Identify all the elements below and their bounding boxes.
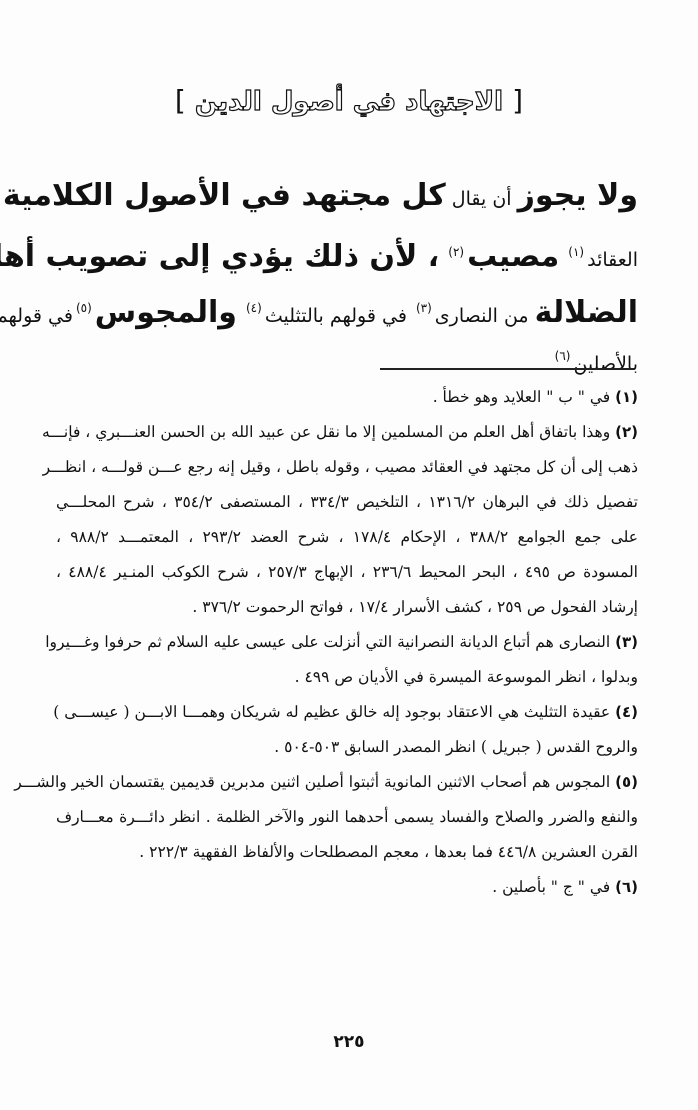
footnote-number: (٣)	[615, 633, 638, 651]
footnote-line: (١) في " ب " العلايد وهو خطأ .	[56, 380, 638, 415]
footnote-line: (٦) في " ج " بأصلين .	[56, 870, 638, 905]
footnote-text: في " ب " العلايد وهو خطأ .	[433, 388, 611, 406]
sharh-text: بالأصلين	[573, 353, 638, 375]
book-page: [ الاجتهاد في أصول الدين ] ولا يجوز أن ي…	[0, 0, 698, 1110]
footnote-line: المسودة ص ٤٩٥ ، البحر المحيط ٢٣٦/٦ ، الإ…	[56, 555, 638, 590]
footnote-1: (١) في " ب " العلايد وهو خطأ .	[56, 380, 638, 415]
footnote-2: (٢) وهذا باتفاق أهل العلم من المسلمين إل…	[56, 415, 638, 625]
footnote-number: (١)	[615, 388, 638, 406]
footnote-line: القرن العشرين ٤٤٦/٨ فما بعدها ، معجم الم…	[56, 835, 638, 870]
footnote-6: (٦) في " ج " بأصلين .	[56, 870, 638, 905]
footnote-line: والروح القدس ( جبريل ) انظر المصدر الساب…	[56, 730, 638, 765]
open-bracket: [	[512, 84, 523, 117]
footnote-line: (٢) وهذا باتفاق أهل العلم من المسلمين إل…	[56, 415, 638, 450]
footnote-line: ذهب إلى أن كل مجتهد في العقائد مصيب ، وق…	[56, 450, 638, 485]
footnote-number: (٥)	[615, 773, 638, 791]
footnote-line: على جمع الجوامع ٣٨٨/٢ ، الإحكام ١٧٨/٤ ، …	[56, 520, 638, 555]
sharh-text: العقائد	[587, 249, 638, 271]
sharh-text: في قولهم	[0, 305, 73, 327]
footnote-line: إرشاد الفحول ص ٢٥٩ ، كشف الأسرار ١٧/٤ ، …	[56, 590, 638, 625]
footnote-number: (٤)	[615, 703, 638, 721]
footnote-text: النصارى هم أتباع الديانة النصرانية التي …	[45, 633, 610, 651]
footnote-ref-5[interactable]: (٥)	[76, 301, 92, 315]
footnotes: (١) في " ب " العلايد وهو خطأ . (٢) وهذا …	[56, 380, 638, 905]
footnote-text: المجوس هم أصحاب الاثنين المانوية أثبتوا …	[14, 773, 610, 791]
matn-bold: مصيب	[467, 239, 559, 274]
footnote-ref-6[interactable]: (٦)	[555, 349, 571, 363]
footnote-divider	[380, 368, 634, 370]
footnote-line: (٣) النصارى هم أتباع الديانة النصرانية ا…	[56, 625, 638, 660]
footnote-line: والنفع والضرر والصلاح والفساد يسمى أحدهم…	[56, 800, 638, 835]
main-line-3: الضلالة من النصارى(٣) في قولهم بالتثليث(…	[110, 280, 638, 336]
footnote-line: (٥) المجوس هم أصحاب الاثنين المانوية أثب…	[56, 765, 638, 800]
footnote-5: (٥) المجوس هم أصحاب الاثنين المانوية أثب…	[56, 765, 638, 870]
page-number: ٢٢٥	[0, 1032, 698, 1052]
main-line-1: ولا يجوز أن يقال كل مجتهد في الأصول الكل…	[110, 168, 638, 224]
close-bracket: ]	[175, 84, 186, 117]
matn-bold: ، لأن ذلك يؤدي إلى تصويب أهل	[0, 239, 439, 274]
matn-bold: والمجوس	[95, 295, 237, 330]
footnote-line: تفصيل ذلك في البرهان ١٣١٦/٢ ، التلخيص ٣٣…	[56, 485, 638, 520]
matn-bold: الضلالة	[535, 295, 638, 330]
chapter-title-text: الاجتهاد في أصول الدين	[195, 87, 503, 117]
footnote-4: (٤) عقيدة التثليث هي الاعتقاد بوجود إله …	[56, 695, 638, 765]
footnote-line: وبدلوا ، انظر الموسوعة الميسرة في الأديا…	[56, 660, 638, 695]
footnote-ref-1[interactable]: (١)	[568, 245, 584, 259]
footnote-number: (٢)	[615, 423, 638, 441]
footnote-line: (٤) عقيدة التثليث هي الاعتقاد بوجود إله …	[56, 695, 638, 730]
footnote-text: وهذا باتفاق أهل العلم من المسلمين إلا ما…	[42, 423, 610, 441]
main-text: ولا يجوز أن يقال كل مجتهد في الأصول الكل…	[110, 168, 638, 376]
matn-bold: ولا يجوز	[518, 178, 638, 213]
sharh-text: في قولهم بالتثليث	[265, 305, 407, 327]
footnote-number: (٦)	[615, 878, 638, 896]
footnote-ref-3[interactable]: (٣)	[416, 301, 432, 315]
main-line-2: العقائد(١) مصيب(٢) ، لأن ذلك يؤدي إلى تص…	[110, 224, 638, 280]
matn-bold: كل مجتهد في الأصول الكلامية	[3, 178, 446, 213]
footnote-ref-2[interactable]: (٢)	[448, 245, 464, 259]
footnote-text: عقيدة التثليث هي الاعتقاد بوجود إله خالق…	[53, 703, 610, 721]
sharh-text: من النصارى	[435, 305, 529, 327]
chapter-title: [ الاجتهاد في أصول الدين ]	[0, 84, 698, 117]
footnote-text: في " ج " بأصلين .	[492, 878, 610, 896]
footnote-3: (٣) النصارى هم أتباع الديانة النصرانية ا…	[56, 625, 638, 695]
footnote-ref-4[interactable]: (٤)	[246, 301, 262, 315]
main-line-4: بالأصلين(٦)	[110, 336, 638, 376]
sharh-text: أن يقال	[452, 188, 512, 210]
